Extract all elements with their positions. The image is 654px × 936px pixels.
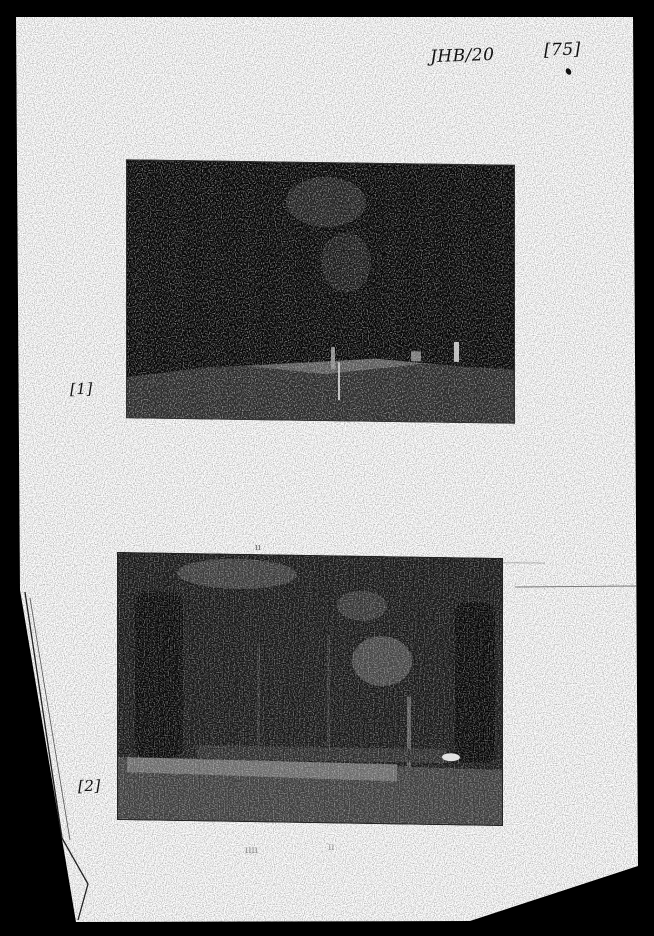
folio-number: [75] (544, 39, 582, 60)
photograph-2 (117, 552, 503, 826)
svg-text:ıı: ıı (255, 543, 261, 553)
svg-text:ıı: ıı (328, 842, 334, 853)
photo-2-caption: [2] (78, 777, 101, 796)
svg-text:ıııı: ıııı (245, 845, 258, 856)
reference-mark: JHB/20 (430, 45, 495, 67)
photograph-1 (126, 159, 515, 423)
photo-1-caption: [1] (70, 380, 93, 399)
